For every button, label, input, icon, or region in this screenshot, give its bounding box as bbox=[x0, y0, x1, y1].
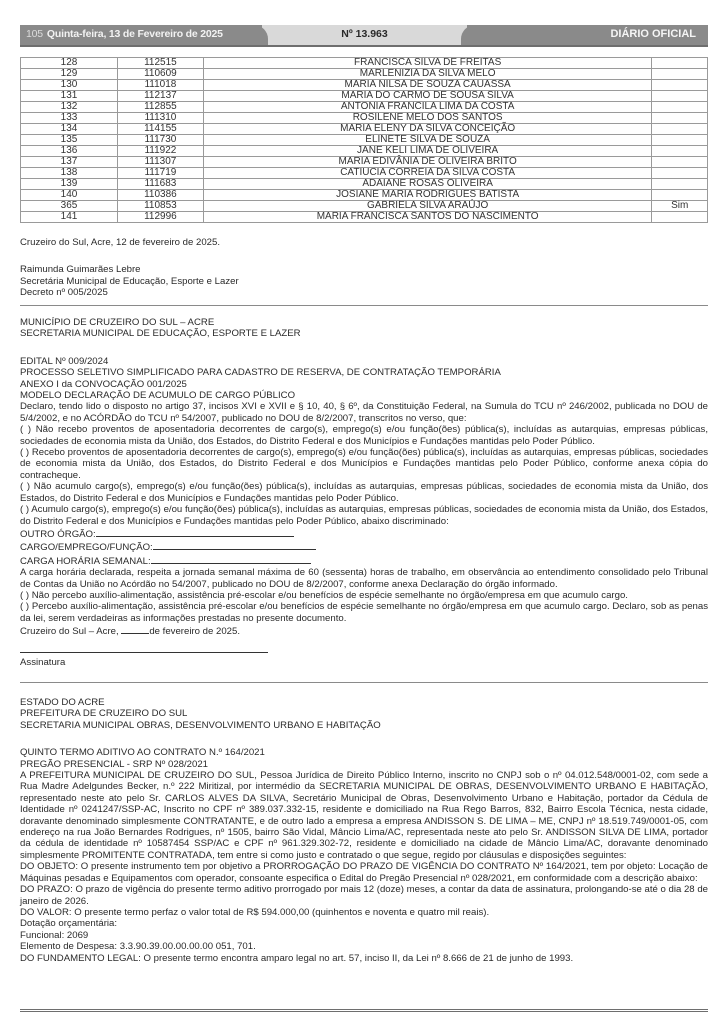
signer-name: Raimunda Guimarães Lebre bbox=[20, 264, 708, 275]
row-name: JOSIANE MARIA RODRIGUES BATISTA bbox=[203, 190, 652, 201]
table-row: 141112996MARIA FRANCISCA SANTOS DO NASCI… bbox=[21, 212, 708, 223]
row-position: 139 bbox=[21, 179, 118, 190]
signer-role: Secretária Municipal de Educação, Esport… bbox=[20, 276, 708, 287]
row-position: 135 bbox=[21, 135, 118, 146]
row-code: 111018 bbox=[117, 80, 203, 91]
row-code: 110853 bbox=[117, 201, 203, 212]
row-code: 111310 bbox=[117, 113, 203, 124]
row-position: 134 bbox=[21, 124, 118, 135]
contract-term: DO PRAZO: O prazo de vigência do present… bbox=[20, 884, 708, 907]
table-row: 134114155MARIA ELENY DA SILVA CONCEIÇÃO bbox=[21, 124, 708, 135]
row-flag bbox=[652, 58, 708, 69]
org-line-2: PREFEITURA DE CRUZEIRO DO SUL bbox=[20, 708, 708, 719]
option-no-retirement: ( ) Não recebo proventos de aposentadori… bbox=[20, 424, 708, 447]
signature-line bbox=[20, 644, 268, 653]
contract-body: A PREFEITURA MUNICIPAL DE CRUZEIRO DO SU… bbox=[20, 770, 708, 861]
row-position: 128 bbox=[21, 58, 118, 69]
option-no-benefits: ( ) Não percebo auxílio-alimentação, ass… bbox=[20, 590, 708, 601]
row-position: 137 bbox=[21, 157, 118, 168]
org-line-1: MUNICÍPIO DE CRUZEIRO DO SUL – ACRE bbox=[20, 317, 708, 328]
field-hours: CARGA HORÁRIA SEMANAL: bbox=[20, 554, 708, 567]
functional-code: Funcional: 2069 bbox=[20, 930, 708, 941]
row-position: 138 bbox=[21, 168, 118, 179]
hours-blank bbox=[151, 554, 311, 564]
table-row: 128112515FRANCISCA SILVA DE FREITAS bbox=[21, 58, 708, 69]
row-position: 141 bbox=[21, 212, 118, 223]
end-divider bbox=[20, 1009, 708, 1012]
declaration-intro: Declaro, tendo lido o disposto no artigo… bbox=[20, 401, 708, 424]
row-position: 136 bbox=[21, 146, 118, 157]
option-benefits: ( ) Percebo auxílio-alimentação, assistê… bbox=[20, 601, 708, 624]
row-code: 110609 bbox=[117, 69, 203, 80]
table-row: 140110386JOSIANE MARIA RODRIGUES BATISTA bbox=[21, 190, 708, 201]
signer-decree: Decreto nº 005/2025 bbox=[20, 287, 708, 298]
row-flag bbox=[652, 212, 708, 223]
row-flag bbox=[652, 124, 708, 135]
signature-label: Assinatura bbox=[20, 657, 708, 668]
table-row: 139111683ADAIANE ROSAS OLIVEIRA bbox=[21, 179, 708, 190]
row-name: ANTONIA FRANCILA LIMA DA COSTA bbox=[203, 102, 652, 113]
model-title: MODELO DECLARAÇÃO DE ACUMULO DE CARGO PÚ… bbox=[20, 390, 708, 401]
other-org-blank bbox=[96, 527, 294, 537]
section-divider bbox=[20, 682, 708, 683]
place-date: Cruzeiro do Sul, Acre, 12 de fevereiro d… bbox=[20, 237, 708, 248]
row-code: 112996 bbox=[117, 212, 203, 223]
page-number: 105 bbox=[26, 28, 43, 40]
row-code: 110386 bbox=[117, 190, 203, 201]
row-position: 365 bbox=[21, 201, 118, 212]
row-code: 111922 bbox=[117, 146, 203, 157]
row-flag bbox=[652, 91, 708, 102]
row-flag bbox=[652, 157, 708, 168]
option-accumulation: ( ) Acumulo cargo(s), emprego(s) e/ou fu… bbox=[20, 504, 708, 527]
page-header: 105Quinta-feira, 13 de Fevereiro de 2025… bbox=[20, 25, 708, 47]
table-row: 129110609MARLENIZIA DA SILVA MELO bbox=[21, 69, 708, 80]
row-code: 111683 bbox=[117, 179, 203, 190]
row-flag bbox=[652, 135, 708, 146]
row-code: 112515 bbox=[117, 58, 203, 69]
contract-value: DO VALOR: O presente termo perfaz o valo… bbox=[20, 907, 708, 918]
row-position: 130 bbox=[21, 80, 118, 91]
section-edital: MUNICÍPIO DE CRUZEIRO DO SUL – ACRE SECR… bbox=[20, 317, 708, 668]
row-name: ELINETE SILVA DE SOUZA bbox=[203, 135, 652, 146]
row-name: MARIA EDIVÂNIA DE OLIVEIRA BRITO bbox=[203, 157, 652, 168]
edital-number: EDITAL Nº 009/2024 bbox=[20, 356, 708, 367]
row-code: 111307 bbox=[117, 157, 203, 168]
row-code: 112137 bbox=[117, 91, 203, 102]
row-name: CATIUCIA CORREIA DA SILVA COSTA bbox=[203, 168, 652, 179]
row-code: 112855 bbox=[117, 102, 203, 113]
row-position: 131 bbox=[21, 91, 118, 102]
row-code: 114155 bbox=[117, 124, 203, 135]
table-row: 133111310ROSILENE MELO DOS SANTOS bbox=[21, 113, 708, 124]
row-position: 129 bbox=[21, 69, 118, 80]
org-line-3: SECRETARIA MUNICIPAL OBRAS, DESENVOLVIME… bbox=[20, 720, 708, 731]
day-blank bbox=[121, 624, 149, 634]
row-name: MARIA ELENY DA SILVA CONCEIÇÃO bbox=[203, 124, 652, 135]
table-row: 132112855ANTONIA FRANCILA LIMA DA COSTA bbox=[21, 102, 708, 113]
table-row: 137111307MARIA EDIVÂNIA DE OLIVEIRA BRIT… bbox=[21, 157, 708, 168]
table-row: 136111922JANE KELI LIMA DE OLIVEIRA bbox=[21, 146, 708, 157]
option-retirement: ( ) Recebo proventos de aposentadoria de… bbox=[20, 447, 708, 481]
process-title: PROCESSO SELETIVO SIMPLIFICADO PARA CADA… bbox=[20, 367, 708, 378]
field-role: CARGO/EMPREGO/FUNÇÃO: bbox=[20, 540, 708, 553]
row-code: 111719 bbox=[117, 168, 203, 179]
row-name: ROSILENE MELO DOS SANTOS bbox=[203, 113, 652, 124]
legal-basis: DO FUNDAMENTO LEGAL: O presente termo en… bbox=[20, 953, 708, 964]
row-flag bbox=[652, 69, 708, 80]
row-name: JANE KELI LIMA DE OLIVEIRA bbox=[203, 146, 652, 157]
expense-element: Elemento de Despesa: 3.3.90.39.00.00.00.… bbox=[20, 941, 708, 952]
row-flag bbox=[652, 179, 708, 190]
issue-date: Quinta-feira, 13 de Fevereiro de 2025 bbox=[47, 28, 223, 40]
row-flag bbox=[652, 80, 708, 91]
row-name: ADAIANE ROSAS OLIVEIRA bbox=[203, 179, 652, 190]
row-name: MARLENIZIA DA SILVA MELO bbox=[203, 69, 652, 80]
hours-note: A carga horária declarada, respeita a jo… bbox=[20, 567, 708, 590]
section-divider bbox=[20, 305, 708, 306]
row-position: 140 bbox=[21, 190, 118, 201]
header-date: 105Quinta-feira, 13 de Fevereiro de 2025 bbox=[26, 28, 223, 40]
org-line-2: SECRETARIA MUNICIPAL DE EDUCAÇÃO, ESPORT… bbox=[20, 328, 708, 339]
row-flag bbox=[652, 102, 708, 113]
contract-subtitle: PREGÃO PRESENCIAL - SRP Nº 028/2021 bbox=[20, 759, 708, 770]
contract-object: DO OBJETO: O presente instrumento tem po… bbox=[20, 861, 708, 884]
row-flag bbox=[652, 168, 708, 179]
candidates-table: 128112515FRANCISCA SILVA DE FREITAS12911… bbox=[20, 57, 708, 223]
budget-allocation: Dotação orçamentária: bbox=[20, 918, 708, 929]
row-code: 111730 bbox=[117, 135, 203, 146]
table-row: 130111018MARIA NILSA DE SOUZA CAUASSA bbox=[21, 80, 708, 91]
table-row: 135111730ELINETE SILVA DE SOUZA bbox=[21, 135, 708, 146]
row-position: 132 bbox=[21, 102, 118, 113]
table-row: 365110853GABRIELA SILVA ARAÚJOSim bbox=[21, 201, 708, 212]
header-issue-tab: Nº 13.963 bbox=[262, 25, 467, 45]
row-flag bbox=[652, 113, 708, 124]
annex-title: ANEXO I da CONVOCAÇÃO 001/2025 bbox=[20, 379, 708, 390]
org-line-1: ESTADO DO ACRE bbox=[20, 697, 708, 708]
issue-number: Nº 13.963 bbox=[262, 28, 467, 40]
section-termo-aditivo: ESTADO DO ACRE PREFEITURA DE CRUZEIRO DO… bbox=[20, 697, 708, 964]
row-position: 133 bbox=[21, 113, 118, 124]
table-row: 138111719CATIUCIA CORREIA DA SILVA COSTA bbox=[21, 168, 708, 179]
contract-title: QUINTO TERMO ADITIVO AO CONTRATO N.º 164… bbox=[20, 747, 708, 758]
section-signature-block: Cruzeiro do Sul, Acre, 12 de fevereiro d… bbox=[20, 237, 708, 299]
row-name: FRANCISCA SILVA DE FREITAS bbox=[203, 58, 652, 69]
row-flag: Sim bbox=[652, 201, 708, 212]
role-blank bbox=[153, 540, 316, 550]
row-name: MARIA NILSA DE SOUZA CAUASSA bbox=[203, 80, 652, 91]
option-no-accumulation: ( ) Não acumulo cargo(s), emprego(s) e/o… bbox=[20, 481, 708, 504]
row-flag bbox=[652, 190, 708, 201]
declaration-place-date: Cruzeiro do Sul – Acre, de fevereiro de … bbox=[20, 624, 708, 637]
row-name: GABRIELA SILVA ARAÚJO bbox=[203, 201, 652, 212]
table-row: 131112137MARIA DO CARMO DE SOUSA SILVA bbox=[21, 91, 708, 102]
row-flag bbox=[652, 146, 708, 157]
row-name: MARIA FRANCISCA SANTOS DO NASCIMENTO bbox=[203, 212, 652, 223]
row-name: MARIA DO CARMO DE SOUSA SILVA bbox=[203, 91, 652, 102]
publication-title: DIÁRIO OFICIAL bbox=[610, 28, 696, 40]
field-other-org: OUTRO ÓRGÃO: bbox=[20, 527, 708, 540]
